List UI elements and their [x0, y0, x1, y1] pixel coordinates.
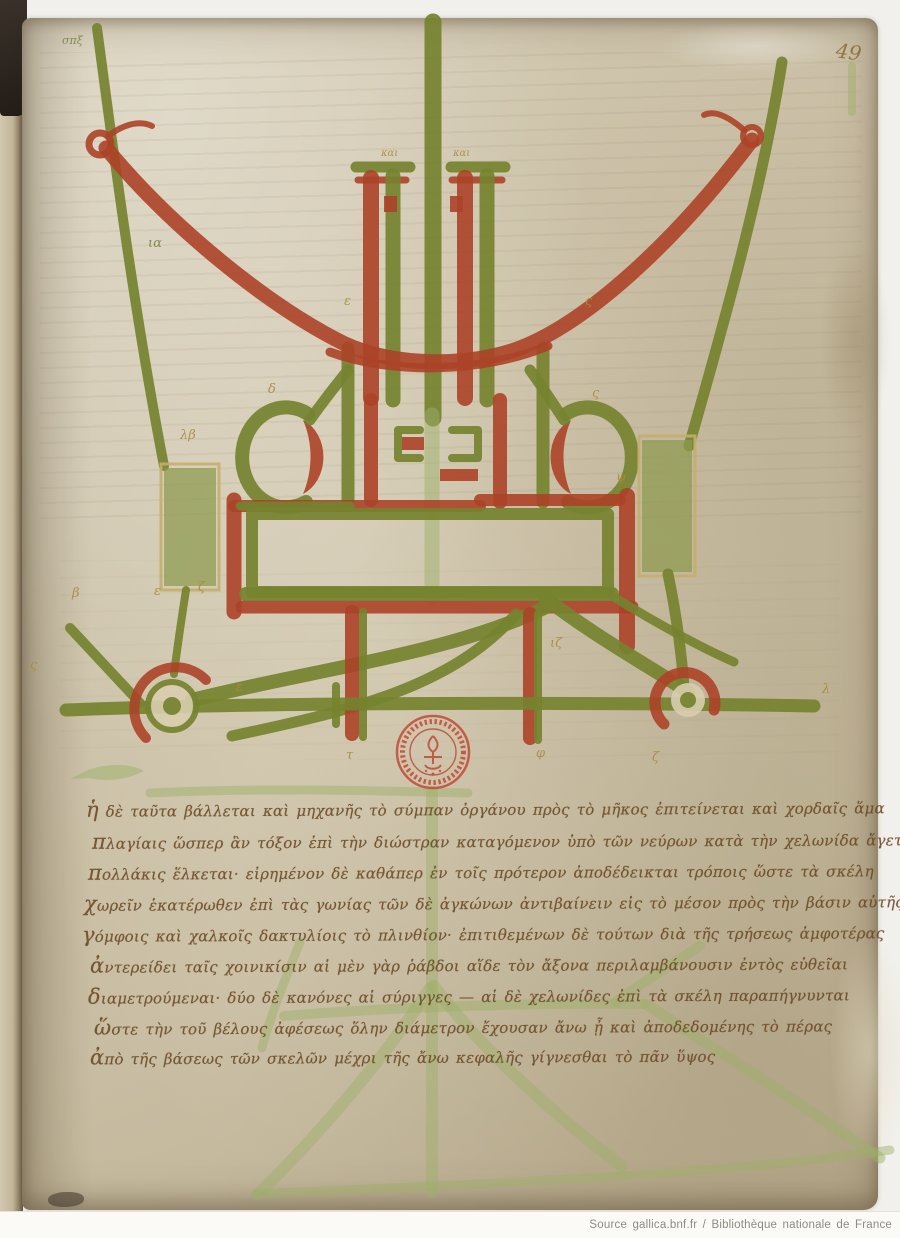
- greek-text-line: χωρεῖν ἑκατέρωθεν ἐπὶ τὰς γωνίας τῶν δὲ …: [84, 888, 900, 916]
- diagram-label: ιζ: [550, 636, 562, 651]
- folio-number: 49: [834, 38, 863, 65]
- greek-text-line: ἀντερείδει ταῖς χοινικίσιν αἱ μὲν γὰρ ῥά…: [90, 950, 848, 977]
- diagram-label: ζ: [198, 580, 205, 595]
- diagram-label: δ: [268, 382, 276, 397]
- diagram-label: λ: [822, 682, 830, 697]
- digitized-manuscript-view: σπξκαικαιιαεςδςλβψβεζιζςετφζλ 49 ἡ δὲ τα…: [0, 0, 900, 1238]
- greek-text-line: γόμφοις καὶ χαλκοῖς δακτυλίοις τὸ πλινθί…: [82, 919, 885, 947]
- diagram-label: φ: [536, 746, 545, 761]
- page-edge-shadow: [48, 1192, 84, 1207]
- attribution-bar: Source gallica.bnf.fr / Bibliothèque nat…: [0, 1211, 900, 1238]
- diagram-label: και: [453, 148, 470, 159]
- diagram-label: ζ: [652, 750, 659, 765]
- greek-text-line: διαμετρούμεναι· δύο δὲ κανόνες αἱ σύριγγ…: [88, 981, 850, 1008]
- diagram-label: ε: [344, 294, 351, 309]
- greek-text-line: πολλάκις ἕλκεται· εἰρημένον δὲ καθάπερ ἐ…: [88, 857, 874, 884]
- diagram-label: λβ: [180, 428, 196, 443]
- diagram-label: και: [381, 148, 398, 159]
- diagram-label: ψ: [616, 470, 626, 485]
- greek-text-line: ὥστε τὴν τοῦ βέλους ἀφέσεως ὅλην διάμετρ…: [94, 1012, 832, 1039]
- attribution-text: Source gallica.bnf.fr / Bibliothèque nat…: [589, 1219, 900, 1231]
- diagram-label: ς: [30, 658, 37, 673]
- diagram-label: ε: [154, 584, 161, 599]
- ink-showthrough-texture: [40, 52, 862, 520]
- greek-text-line: ἡ δὲ ταῦτα βάλλεται καὶ μηχανῆς τὸ σύμπα…: [86, 794, 885, 821]
- greek-text-line: ἀπὸ τῆς βάσεως τῶν σκελῶν μέχρι τῆς ἄνω …: [90, 1043, 715, 1070]
- diagram-label: ε: [236, 680, 243, 695]
- ink-showthrough-texture: [60, 560, 840, 760]
- diagram-label: ια: [148, 236, 162, 251]
- diagram-label: ς: [585, 294, 592, 309]
- diagram-label: ς: [592, 386, 599, 401]
- gutter-page-edge: [0, 58, 23, 1212]
- diagram-label: β: [72, 586, 80, 601]
- greek-text-line: πλαγίαις ὥσπερ ἂν τόξον ἐπὶ τὴν διώστραν…: [92, 826, 900, 854]
- diagram-label: τ: [346, 748, 353, 763]
- diagram-label: σπξ: [62, 34, 83, 47]
